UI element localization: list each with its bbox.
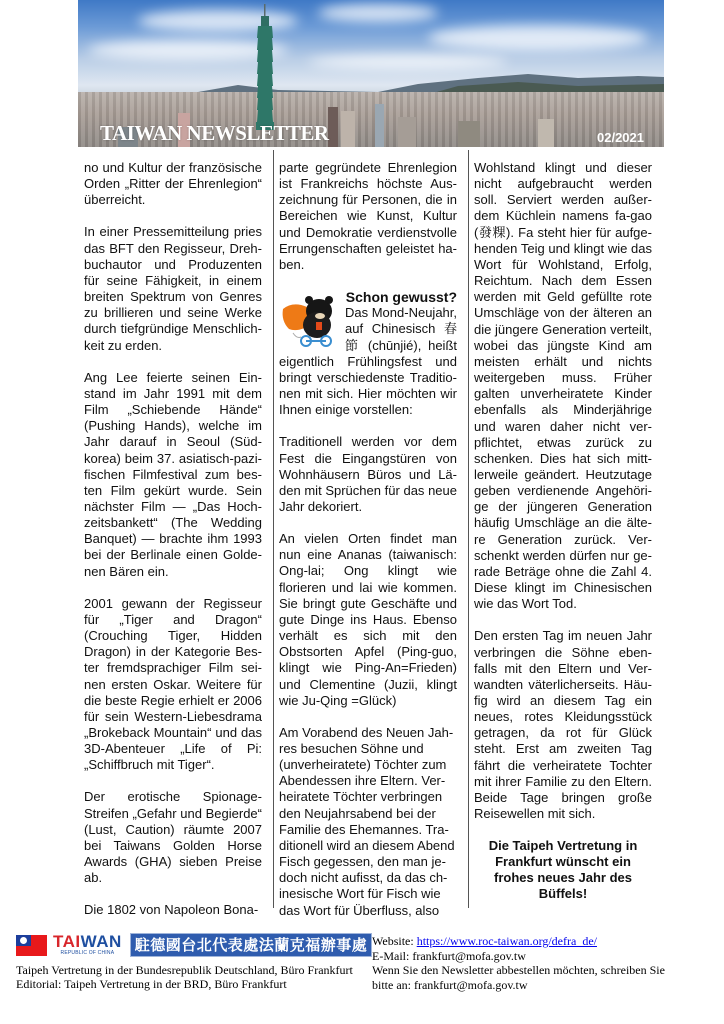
taiwan-logo: TAIWAN REPUBLIC OF CHINA (53, 934, 122, 956)
newsletter-title: TAIWAN NEWSLETTER (100, 121, 329, 146)
issue-number: 02/2021 (597, 130, 644, 145)
bear-mascot-icon (279, 289, 341, 351)
paragraph: Am Vorabend des Neuen Jah­res besuchen S… (279, 725, 457, 919)
cloud-decoration (318, 4, 438, 22)
footer-imprint: Taipeh Vertretung in der Bundesrepublik … (16, 963, 353, 991)
imprint-line: Taipeh Vertretung in der Bundesrepublik … (16, 963, 353, 977)
paragraph: no und Kultur der französische Orden „Ri… (84, 160, 262, 208)
roc-flag-icon (16, 935, 47, 956)
website-label: Website: (372, 934, 417, 948)
email-line: E-Mail: frankfurt@mofa.gov.tw (372, 949, 712, 964)
paragraph: In einer Pressemitteilung pries das BFT … (84, 224, 262, 353)
website-link[interactable]: https://www.roc-taiwan.org/defra_de/ (417, 934, 597, 948)
cloud-decoration (428, 25, 648, 51)
header-banner-photo: TAIWAN NEWSLETTER 02/2021 (78, 0, 664, 147)
column-divider (273, 150, 274, 908)
taipei-101-tower (254, 4, 276, 130)
footer-contact: Website: https://www.roc-taiwan.org/defr… (372, 934, 712, 992)
paragraph: Wohlstand klingt und dieser nicht aufgeb… (474, 160, 652, 612)
paragraph: An vielen Orten findet man nun eine Anan… (279, 531, 457, 709)
article-column-2: parte gegründete Ehrenlegion ist Frankre… (279, 160, 457, 935)
paragraph: Traditionell werden vor dem Fest die Ein… (279, 434, 457, 515)
did-you-know-box: Schon gewusst? Das Mond-Neujahr, auf Chi… (279, 289, 457, 418)
logo-word-red: TAI (53, 932, 81, 951)
paragraph: 2001 gewann der Regisseur für „Tiger and… (84, 596, 262, 774)
closing-greeting: Die Taipeh Vertretung in Frankfurt wünsc… (474, 838, 652, 902)
unsubscribe-line: Wenn Sie den Newsletter abbestellen möch… (372, 963, 712, 978)
paragraph: parte gegründete Ehrenlegion ist Frankre… (279, 160, 457, 273)
paragraph: Die 1802 von Napoleon Bona- (84, 902, 262, 918)
paragraph: Den ersten Tag im neuen Jahr verbringen … (474, 628, 652, 822)
column-divider (468, 150, 469, 908)
logo-subtitle: REPUBLIC OF CHINA (61, 950, 115, 956)
logo-word-blue: WAN (81, 932, 122, 951)
office-chinese-name: 駐德國台北代表處法蘭克福辦事處 (130, 933, 373, 957)
unsubscribe-line: bitte an: frankfurt@mofa.gov.tw (372, 978, 712, 993)
footer-logos: TAIWAN REPUBLIC OF CHINA 駐德國台北代表處法蘭克福辦事處 (16, 933, 372, 957)
imprint-line: Editorial: Taipeh Vertretung in der BRD,… (16, 977, 353, 991)
article-column-1: no und Kultur der französische Orden „Ri… (84, 160, 262, 935)
paragraph: Der erotische Spionage-Streifen „Gefahr … (84, 789, 262, 886)
cloud-decoration (308, 55, 508, 69)
article-column-3: Wohlstand klingt und dieser nicht aufgeb… (474, 160, 652, 902)
paragraph: Ang Lee feierte seinen Ein­stand im Jahr… (84, 370, 262, 580)
